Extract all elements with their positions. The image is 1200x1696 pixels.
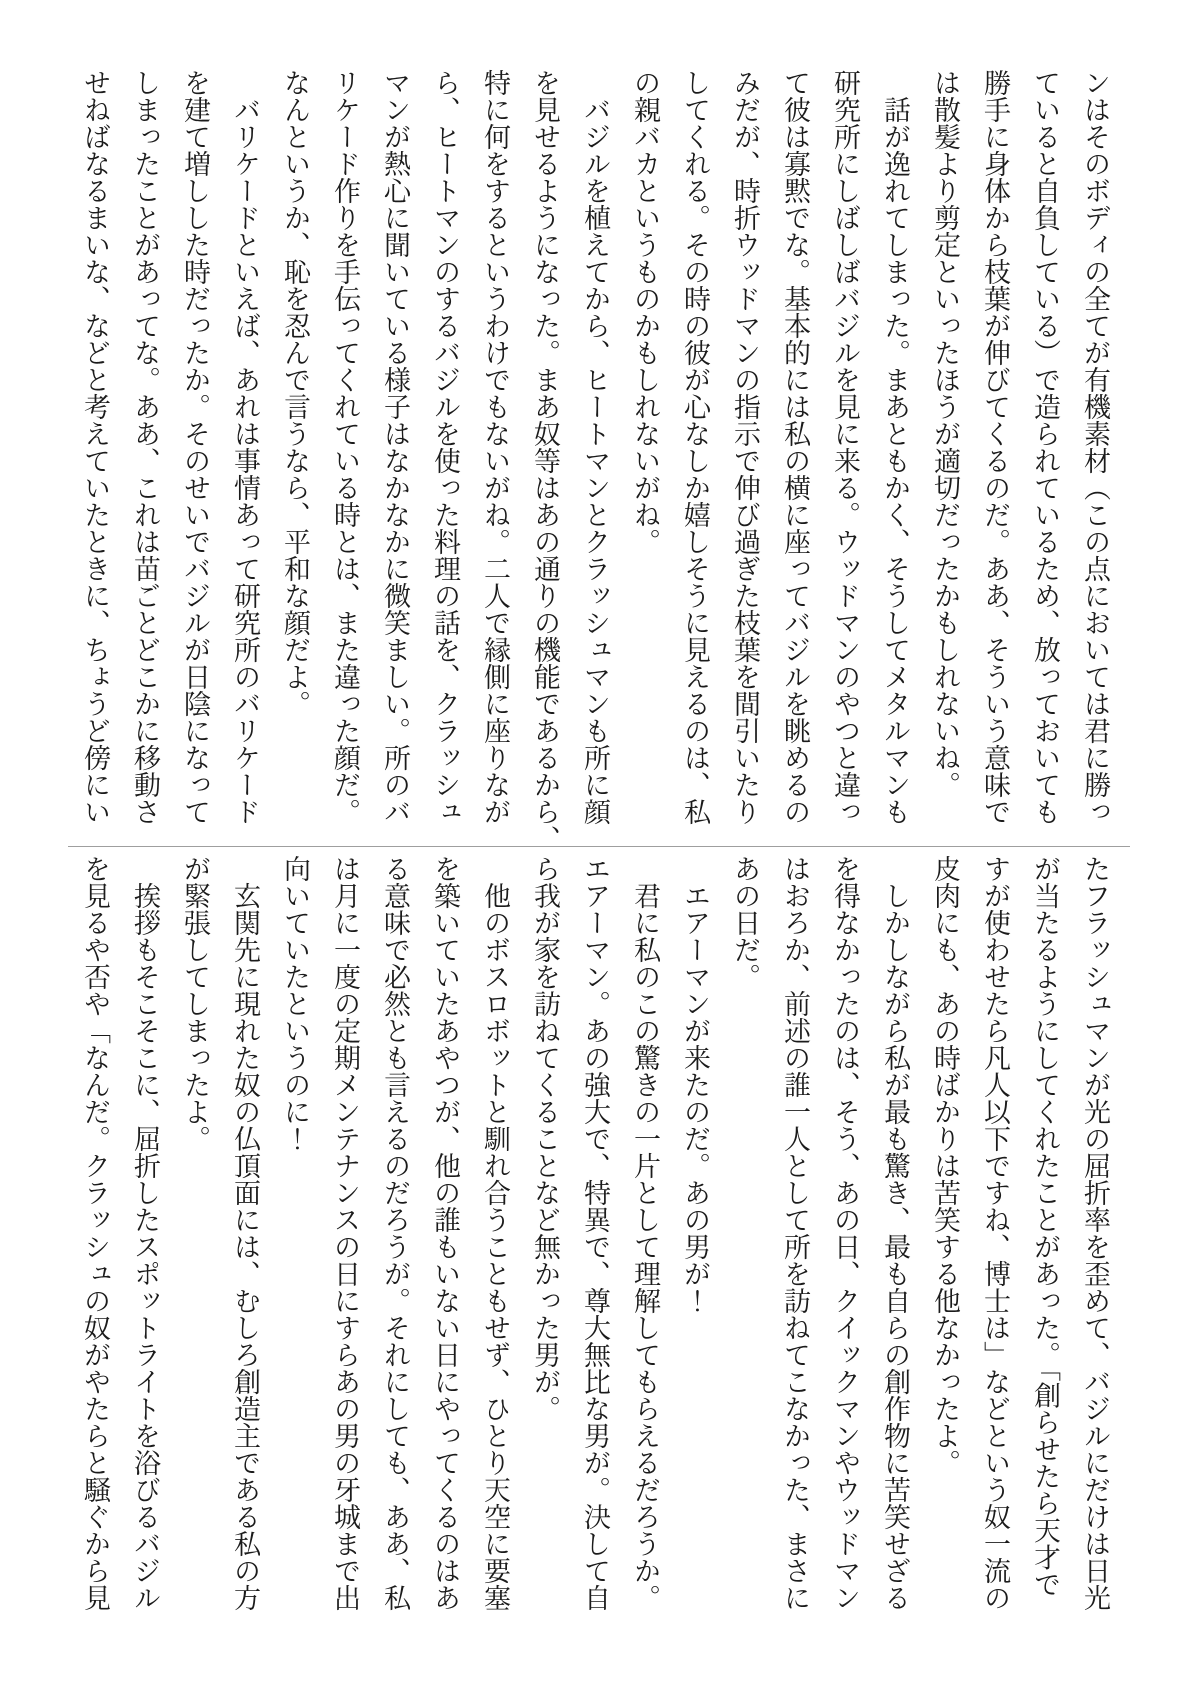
text-column: は月に一度の定期メンテナンスの日にすらあの男の牙城まで出 <box>320 855 370 1615</box>
text-column: ていると自負している）で造られているため、放っておいても <box>1020 69 1070 829</box>
text-column: を築いていたあやつが、他の誰もいない日にやってくるのはあ <box>420 855 470 1615</box>
text-column: はおろか、前述の誰一人として所を訪ねてこなかった、まさに <box>770 855 820 1615</box>
text-column: 玄関先に現れた奴の仏頂面には、むしろ創造主である私の方 <box>220 855 270 1615</box>
section-divider <box>68 846 1130 847</box>
text-column: ら、ヒートマンのするバジルを使った料理の話を、クラッシュ <box>420 69 470 829</box>
text-column: を見せるようになった。まあ奴等はあの通りの機能であるから、 <box>520 69 570 829</box>
text-column: 皮肉にも、あの時ばかりは苦笑する他なかったよ。 <box>920 855 970 1615</box>
text-column: を見るや否や「なんだ。クラッシュの奴がやたらと騒ぐから見 <box>70 855 120 1615</box>
text-column: マンが熱心に聞いている様子はなかなかに微笑ましい。所のバ <box>370 69 420 829</box>
text-column: あの日だ。 <box>720 855 770 1615</box>
text-column: せねばなるまいな、などと考えていたときに、ちょうど傍にい <box>70 69 120 829</box>
text-column: が当たるようにしてくれたことがあった。「創らせたら天才で <box>1020 855 1070 1615</box>
text-column: しかしながら私が最も驚き、最も自らの創作物に苦笑せざる <box>870 855 920 1615</box>
text-column: 君に私のこの驚きの一片として理解してもらえるだろうか。 <box>620 855 670 1615</box>
text-column: 向いていたというのに！ <box>270 855 320 1615</box>
text-column: リケード作りを手伝ってくれている時とは、また違った顔だ。 <box>320 69 370 829</box>
text-column: 勝手に身体から枝葉が伸びてくるのだ。ああ、そういう意味で <box>970 69 1020 829</box>
text-column: を得なかったのは、そう、あの日、クイックマンやウッドマン <box>820 855 870 1615</box>
text-column: してくれる。その時の彼が心なしか嬉しそうに見えるのは、私 <box>670 69 720 829</box>
text-column: バリケードといえば、あれは事情あって研究所のバリケード <box>220 69 270 829</box>
text-column: エアーマン。あの強大で、特異で、尊大無比な男が。決して自 <box>570 855 620 1615</box>
text-column: る意味で必然とも言えるのだろうが。それにしても、ああ、私 <box>370 855 420 1615</box>
text-column: ンはそのボディの全てが有機素材（この点においては君に勝っ <box>1070 69 1120 829</box>
text-column: 挨拶もそこそこに、屈折したスポットライトを浴びるバジル <box>120 855 170 1615</box>
text-column: 特に何をするというわけでもないがね。二人で縁側に座りなが <box>470 69 520 829</box>
text-column: 研究所にしばしばバジルを見に来る。ウッドマンのやつと違っ <box>820 69 870 829</box>
text-column: みだが、時折ウッドマンの指示で伸び過ぎた枝葉を間引いたり <box>720 69 770 829</box>
text-column: を建て増しした時だったか。そのせいでバジルが日陰になって <box>170 69 220 829</box>
text-column: 他のボスロボットと馴れ合うこともせず、ひとり天空に要塞 <box>470 855 520 1615</box>
page-top-section: ンはそのボディの全てが有機素材（この点においては君に勝っていると自負している）で… <box>70 69 1120 829</box>
text-column: が緊張してしまったよ。 <box>170 855 220 1615</box>
text-column: バジルを植えてから、ヒートマンとクラッシュマンも所に顔 <box>570 69 620 829</box>
text-column: たフラッシュマンが光の屈折率を歪めて、バジルにだけは日光 <box>1070 855 1120 1615</box>
text-column: て彼は寡黙でな。基本的には私の横に座ってバジルを眺めるの <box>770 69 820 829</box>
text-column: なんというか、恥を忍んで言うなら、平和な顔だよ。 <box>270 69 320 829</box>
text-column: ら我が家を訪ねてくることなど無かった男が。 <box>520 855 570 1615</box>
text-column: すが使わせたら凡人以下ですね、博士は」などという奴一流の <box>970 855 1020 1615</box>
text-column: 話が逸れてしまった。まあともかく、そうしてメタルマンも <box>870 69 920 829</box>
text-column: の親バカというものかもしれないがね。 <box>620 69 670 829</box>
page-bottom-section: たフラッシュマンが光の屈折率を歪めて、バジルにだけは日光が当たるようにしてくれた… <box>70 855 1120 1615</box>
text-column: しまったことがあってな。ああ、これは苗ごとどこかに移動さ <box>120 69 170 829</box>
text-column: は散髪より剪定といったほうが適切だったかもしれないね。 <box>920 69 970 829</box>
document-page: ンはそのボディの全てが有機素材（この点においては君に勝っていると自負している）で… <box>0 0 1200 1696</box>
text-column: エアーマンが来たのだ。あの男が！ <box>670 855 720 1615</box>
